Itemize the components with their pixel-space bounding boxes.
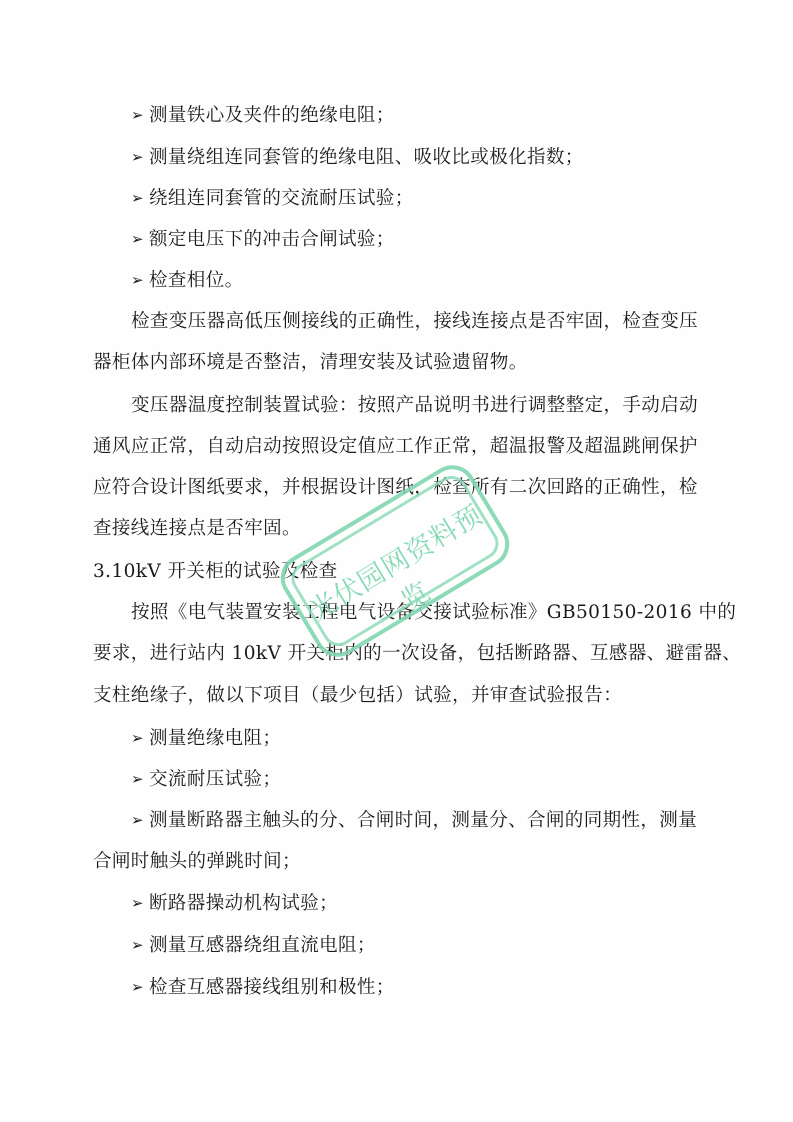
bullet-item: ➢测量绕组连同套管的绝缘电阻、吸收比或极化指数； xyxy=(131,145,703,170)
bullet-item: ➢检查相位。 xyxy=(131,268,703,293)
arrow-bullet-icon: ➢ xyxy=(131,726,149,750)
bullet-text: 测量绝缘电阻； xyxy=(149,728,281,749)
bullet-item: ➢绕组连同套管的交流耐压试验； xyxy=(131,186,703,211)
arrow-bullet-icon: ➢ xyxy=(131,145,149,169)
arrow-bullet-icon: ➢ xyxy=(131,268,149,292)
paragraph-line: 检查变压器高低压侧接线的正确性，接线连接点是否牢固，检查变压 xyxy=(131,310,703,334)
bullet-text: 检查相位。 xyxy=(149,270,244,291)
bullet-text: 断路器操动机构试验； xyxy=(149,893,338,914)
paragraph-line: 按照《电气装置安装工程电气设备交接试验标准》GB50150-2016 中的 xyxy=(131,601,703,625)
bullet-item: ➢测量铁心及夹件的绝缘电阻； xyxy=(131,103,703,128)
paragraph-line: 器柜体内部环境是否整洁，清理安装及试验遗留物。 xyxy=(93,351,703,375)
paragraph-line: 合闸时触头的弹跳时间； xyxy=(93,850,703,874)
bullet-item: ➢测量互感器绕组直流电阻； xyxy=(131,933,703,958)
arrow-bullet-icon: ➢ xyxy=(131,933,149,957)
paragraph-line: 要求，进行站内 10kV 开关柜内的一次设备，包括断路器、互感器、避雷器、 xyxy=(93,642,703,666)
arrow-bullet-icon: ➢ xyxy=(131,186,149,210)
bullet-text: 测量铁心及夹件的绝缘电阻； xyxy=(149,105,395,126)
bullet-item: ➢额定电压下的冲击合闸试验； xyxy=(131,227,703,252)
arrow-bullet-icon: ➢ xyxy=(131,227,149,251)
bullet-item: ➢测量绝缘电阻； xyxy=(131,726,703,751)
bullet-text: 检查互感器接线组别和极性； xyxy=(149,977,395,998)
arrow-bullet-icon: ➢ xyxy=(131,975,149,999)
paragraph-line: 支柱绝缘子，做以下项目（最少包括）试验，并审查试验报告： xyxy=(93,684,703,708)
arrow-bullet-icon: ➢ xyxy=(131,808,149,832)
arrow-bullet-icon: ➢ xyxy=(131,891,149,915)
section-heading: 3.10kV 开关柜的试验及检查 xyxy=(93,560,703,584)
arrow-bullet-icon: ➢ xyxy=(131,767,149,791)
paragraph-line: 变压器温度控制装置试验：按照产品说明书进行调整整定，手动启动 xyxy=(131,394,703,418)
bullet-text: 交流耐压试验； xyxy=(149,769,281,790)
paragraph-line: 查接线连接点是否牢固。 xyxy=(93,517,703,541)
bullet-text: 绕组连同套管的交流耐压试验； xyxy=(149,188,414,209)
bullet-text: 测量互感器绕组直流电阻； xyxy=(149,935,376,956)
paragraph-line: 应符合设计图纸要求，并根据设计图纸，检查所有二次回路的正确性，检 xyxy=(93,476,703,500)
bullet-item: ➢断路器操动机构试验； xyxy=(131,891,703,916)
bullet-item: ➢测量断路器主触头的分、合闸时间，测量分、合闸的同期性，测量 xyxy=(131,808,703,833)
bullet-item: ➢检查互感器接线组别和极性； xyxy=(131,975,703,1000)
document-page: ➢测量铁心及夹件的绝缘电阻； ➢测量绕组连同套管的绝缘电阻、吸收比或极化指数； … xyxy=(0,0,793,1122)
bullet-text: 测量断路器主触头的分、合闸时间，测量分、合闸的同期性，测量 xyxy=(149,810,697,831)
bullet-text: 测量绕组连同套管的绝缘电阻、吸收比或极化指数； xyxy=(149,147,584,168)
paragraph-line: 通风应正常，自动启动按照设定值应工作正常，超温报警及超温跳闸保护 xyxy=(93,435,703,459)
bullet-text: 额定电压下的冲击合闸试验； xyxy=(149,229,395,250)
bullet-item: ➢交流耐压试验； xyxy=(131,767,703,792)
arrow-bullet-icon: ➢ xyxy=(131,103,149,127)
